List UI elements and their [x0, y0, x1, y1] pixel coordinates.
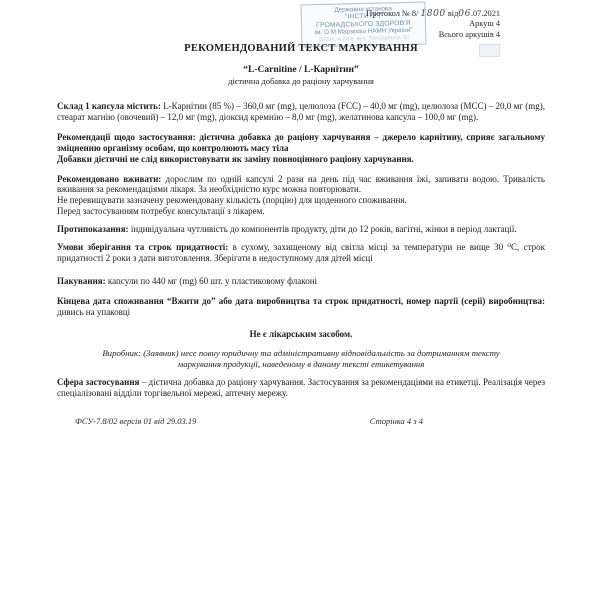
scanned-document-page: Державна установа "ІНСТИТУТ ГРОМАДСЬКОГО… [0, 0, 600, 600]
usage-body: Рекомендовано вживати: дорослим по одній… [57, 174, 545, 196]
expiry-section: Кінцева дата споживання “Вжити до” або д… [57, 296, 545, 318]
storage-section: Умови зберігання та строк придатності: в… [57, 242, 545, 264]
contraindications-section: Протипоказання: індивідуальна чутливість… [57, 224, 545, 235]
footer-page-number: Сторінка 4 з 4 [370, 416, 423, 426]
protocol-prefix: Протокол № 8/ [366, 9, 418, 18]
product-name: “L-Carnitine / L-Карнітин” [57, 65, 545, 75]
manufacturer-note: Виробник: (Заявник) несе повну юридичну … [57, 348, 545, 370]
contraindications-label: Протипоказання: [57, 224, 129, 234]
usage-section: Рекомендовано вживати: дорослим по одній… [57, 174, 545, 218]
protocol-line: Протокол № 8/ 1800 від06.07.2021 [366, 9, 500, 19]
recommendations-note: Добавки дієтичні не слід використовувати… [57, 154, 545, 165]
recommendations-body: Рекомендації щодо застосування: дієтична… [57, 132, 545, 154]
not-medicine-statement: Не є лікарським засобом. [57, 329, 545, 339]
total-sheets: Всього аркушів 4 [366, 30, 500, 40]
storage-label: Умови зберігання та строк придатності: [57, 242, 228, 252]
footer-doc-code: ФСУ-7.8/02 версія 01 від 29.03.19 [75, 416, 196, 426]
document-title: РЕКОМЕНДОВАНИЙ ТЕКСТ МАРКУВАННЯ [57, 43, 545, 54]
protocol-block: Протокол № 8/ 1800 від06.07.2021 Аркуш 4… [366, 9, 500, 40]
recommendations-label: Рекомендації щодо застосування: [57, 132, 196, 142]
usage-line2: Не перевищувати зазначену рекомендовану … [57, 195, 545, 206]
protocol-vid: від [448, 9, 458, 18]
usage-label: Рекомендовано вживати: [57, 174, 161, 184]
sheet-number: Аркуш 4 [366, 19, 500, 29]
protocol-number-handwritten: 1800 [420, 9, 445, 19]
expiry-text: дивись на упаковці [57, 307, 130, 317]
composition-label: Склад 1 капсула містить: [57, 101, 161, 111]
scope-section: Сфера застосування – дієтична добавка до… [57, 377, 545, 399]
protocol-date-tail: .07.2021 [471, 9, 500, 18]
protocol-day-handwritten: 06 [458, 9, 471, 19]
usage-line3: Перед застосуванням потребує консультаці… [57, 206, 545, 217]
packaging-text: капсули по 440 мг (mg) 60 шт. у пластико… [108, 276, 317, 286]
product-category: дієтична добавка до раціону харчування [57, 76, 545, 86]
scope-label: Сфера застосування [57, 377, 139, 387]
packaging-label: Пакування: [57, 276, 106, 286]
contraindications-text: індивідуальна чутливість до компонентів … [131, 224, 517, 234]
page-footer: ФСУ-7.8/02 версія 01 від 29.03.19 Сторін… [57, 416, 545, 426]
document-content: РЕКОМЕНДОВАНИЙ ТЕКСТ МАРКУВАННЯ “L-Carni… [0, 0, 600, 426]
composition-section: Склад 1 капсула містить: L-Карнітин (85 … [57, 101, 545, 123]
recommendations-section: Рекомендації щодо застосування: дієтична… [57, 132, 545, 165]
packaging-section: Пакування: капсули по 440 мг (mg) 60 шт.… [57, 276, 545, 287]
expiry-label: Кінцева дата споживання “Вжити до” або д… [57, 296, 545, 306]
